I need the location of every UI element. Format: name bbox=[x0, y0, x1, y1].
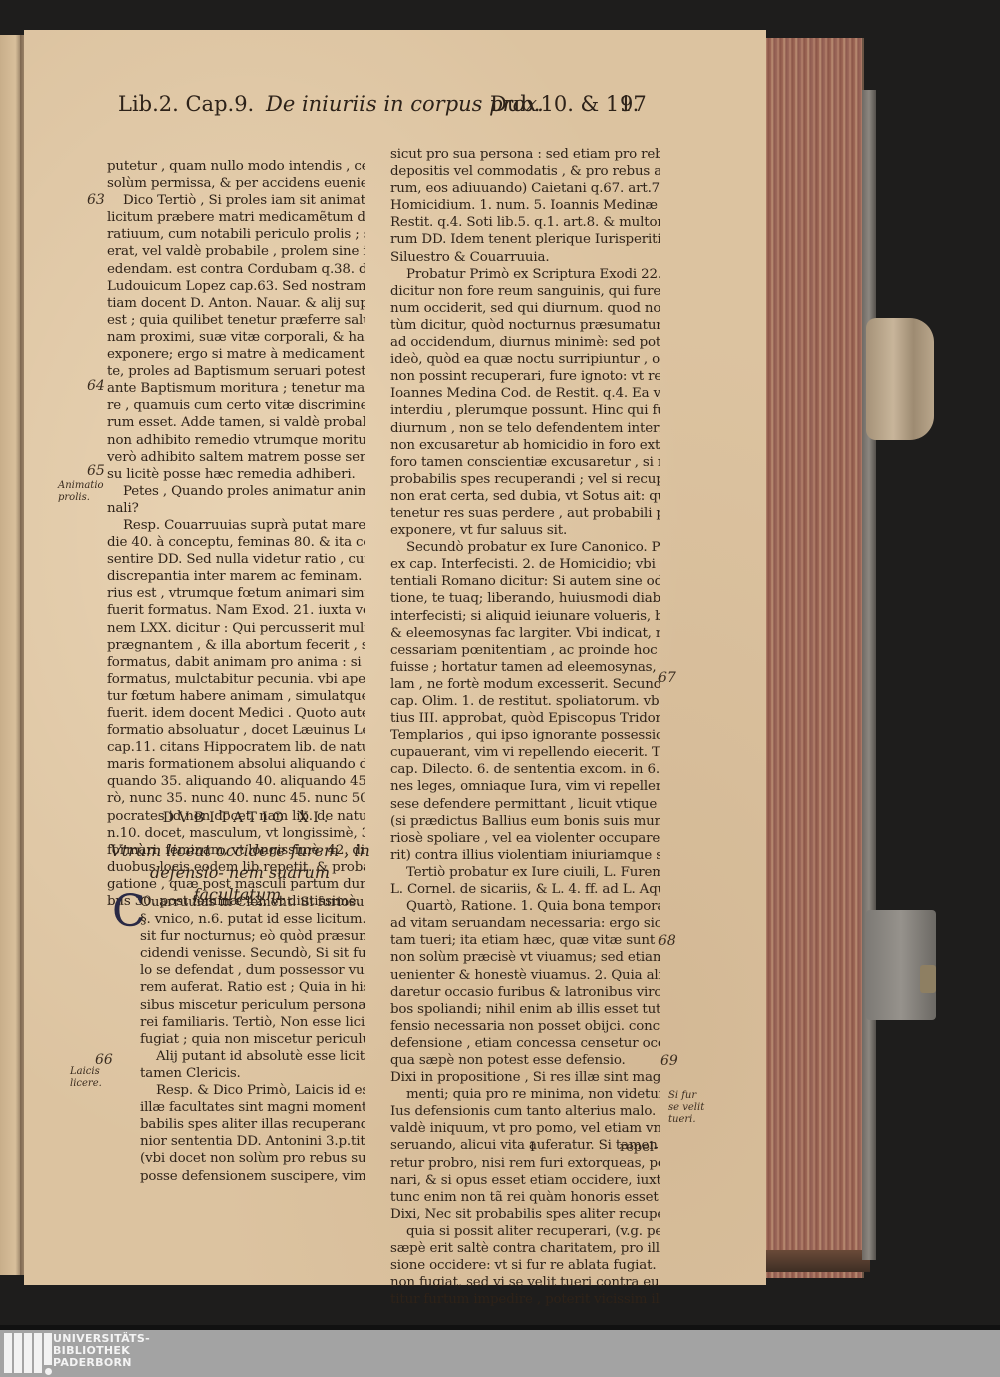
text-line: putetur , quam nullo modo intendis , cen… bbox=[107, 158, 365, 175]
text-line: tunc enim non tã rei quàm honoris esset … bbox=[390, 1189, 660, 1206]
text-line: Homicidium. 1. num. 5. Ioannis Medinæ Co… bbox=[390, 197, 660, 214]
text-line: depositis vel commodatis , & pro rebus a… bbox=[390, 163, 660, 180]
text-line: posse defensionem suscipere, vim vi repe… bbox=[140, 1168, 365, 1185]
text-line: ideò, quòd ea quæ noctu surripiuntur , o… bbox=[390, 351, 660, 368]
library-footer: UNIVERSITÄTS- BIBLIOTHEK PADERBORN bbox=[0, 1325, 1000, 1377]
text-line: daretur occasio furibus & latronibus vir… bbox=[390, 984, 660, 1001]
text-line: erat, vel valdè probabile , prolem sine … bbox=[107, 243, 365, 260]
text-line: Dixi, Nec sit probabilis spes aliter rec… bbox=[390, 1206, 660, 1223]
margin-number-69: 69 bbox=[660, 1053, 678, 1069]
text-line: Secundò probatur ex Iure Canonico. Primò… bbox=[390, 539, 660, 556]
catchword: repel- bbox=[620, 1140, 658, 1155]
text-line: tiam docent D. Anton. Nauar. & alij supr… bbox=[107, 295, 365, 312]
text-line: ex cap. Interfecisti. 2. de Homicidio; v… bbox=[390, 556, 660, 573]
text-line: cap.11. citans Hippocratem lib. de natur… bbox=[107, 739, 365, 756]
signature-mark: I bbox=[530, 1140, 535, 1155]
text-line: fuerit. idem docent Medici . Quoto autem… bbox=[107, 705, 365, 722]
text-line: sione occidere: vt si fur re ablata fugi… bbox=[390, 1257, 660, 1274]
text-line: sese defendere permittant , licuit vtiqu… bbox=[390, 796, 660, 813]
text-line: lam , ne fortè modum excesserit. Secundò… bbox=[390, 676, 660, 693]
text-line: Dixi in propositione , Si res illæ sint … bbox=[390, 1069, 660, 1086]
text-line: Quartò, Ratione. 1. Quia bona temporalia… bbox=[390, 898, 660, 915]
text-line: sibus miscetur periculum personæ cum per… bbox=[140, 997, 365, 1014]
margin-number-68: 68 bbox=[658, 933, 676, 949]
text-line: §. vnico, n.6. putat id esse licitum. Pr… bbox=[140, 911, 365, 928]
text-line: titur furtum impedire , poterit vicissim… bbox=[390, 1291, 660, 1308]
text-line: qua sæpè non potest esse defensio. bbox=[390, 1052, 660, 1069]
text-line: formatus, mulctabitur pecunia. vbi apert… bbox=[107, 671, 365, 688]
page-number: 97 bbox=[620, 92, 647, 116]
text-line: Probatur Primò ex Scriptura Exodi 22. vb… bbox=[390, 266, 660, 283]
text-line: rit) contra illius violentiam iniuriamqu… bbox=[390, 847, 660, 864]
cover-edge bbox=[862, 90, 876, 1260]
text-line: cessariam pœnitentiam , ac proinde hoc l… bbox=[390, 642, 660, 659]
text-line: interdiu , plerumque possunt. Hinc qui f… bbox=[390, 402, 660, 419]
text-line: Resp. Couarruuias suprà putat mares anim… bbox=[107, 517, 365, 534]
text-line: foro tamen conscientiæ excusaretur , si … bbox=[390, 454, 660, 471]
text-line: tius III. approbat, quòd Episcopus Trido… bbox=[390, 710, 660, 727]
text-line: sit fur nocturnus; eò quòd præsumatur an… bbox=[140, 928, 365, 945]
text-line: cupauerant, vim vi repellendo eiecerit. … bbox=[390, 744, 660, 761]
book-scan: Lib.2. Cap.9. De iniuriis in corpus prox… bbox=[0, 0, 1000, 1325]
text-line: Dico Tertiò , Si proles iam sit animata … bbox=[107, 192, 365, 209]
text-line: solùm permissa, & per accidens eueniens. bbox=[107, 175, 365, 192]
text-line: (vbi docet non solùm pro rebus suis quem… bbox=[140, 1150, 365, 1167]
text-line: rem auferat. Ratio est ; Quia in his duo… bbox=[140, 979, 365, 996]
text-line: quia si possit aliter recuperari, (v.g. … bbox=[390, 1223, 660, 1240]
text-line: est ; quia quilibet tenetur præferre sal… bbox=[107, 312, 365, 329]
text-line: non solùm præcisè vt viuamus; sed etiam … bbox=[390, 949, 660, 966]
text-line: num occiderit, sed qui diurnum. quod non… bbox=[390, 300, 660, 317]
text-line: Ius defensionis cum tanto alterius malo.… bbox=[390, 1103, 660, 1120]
text-line: Siluestro & Couarruuia. bbox=[390, 249, 660, 266]
text-line: interfecisti; si aliquid ieiunare voluer… bbox=[390, 608, 660, 625]
text-line: maris formationem absolui aliquando die … bbox=[107, 756, 365, 773]
text-line: fuisse ; hortatur tamen ad eleemosynas, … bbox=[390, 659, 660, 676]
text-line: bos spoliandi; nihil enim ab illis esset… bbox=[390, 1001, 660, 1018]
margin-number-67: 67 bbox=[658, 670, 676, 686]
text-line: lo se defendat , dum possessor vult impe… bbox=[140, 962, 365, 979]
margin-note-69: Si fur se velit tueri. bbox=[668, 1090, 708, 1126]
text-line: rò, nunc 35. nunc 40. nunc 45. nunc 50. … bbox=[107, 790, 365, 807]
margin-number-65: 65 bbox=[87, 463, 105, 479]
margin-number-63: 63 bbox=[87, 192, 105, 208]
text-line: tùm dicitur, quòd nocturnus præsumatur v… bbox=[390, 317, 660, 334]
text-line: non fugiat, sed vi se velit tueri contra… bbox=[390, 1274, 660, 1291]
clasp-pin bbox=[920, 965, 936, 993]
text-line: discrepantia inter marem ac feminam. Ita… bbox=[107, 568, 365, 585]
text-line: babilis spes aliter illas recuperandi. e… bbox=[140, 1116, 365, 1133]
text-line: formatus, dabit animam pro anima : si no… bbox=[107, 654, 365, 671]
text-line: exponere; ergo si matre à medicamento ab… bbox=[107, 346, 365, 363]
text-line: sentire DD. Sed nulla videtur ratio , cu… bbox=[107, 551, 365, 568]
text-line: nali? bbox=[107, 500, 365, 517]
left-column: putetur , quam nullo modo intendis , cen… bbox=[107, 158, 365, 910]
text-line: prægnantem , & illa abortum fecerit , si… bbox=[107, 637, 365, 654]
text-line: nari, & si opus esset etiam occidere, iu… bbox=[390, 1172, 660, 1189]
text-line: probabilis spes recuperandi ; vel si rec… bbox=[390, 471, 660, 488]
text-line: exponere, vt fur saluus sit. bbox=[390, 522, 660, 539]
text-line: diurnum , non se telo defendentem interf… bbox=[390, 420, 660, 437]
text-line: te, proles ad Baptismum seruari potest ,… bbox=[107, 363, 365, 380]
text-line: tenetur res suas perdere , aut probabili… bbox=[390, 505, 660, 522]
logo-line-3: PADERBORN bbox=[53, 1357, 150, 1369]
text-line: edendam. est contra Cordubam q.38. dub.2… bbox=[107, 261, 365, 278]
text-line: ante Baptismum moritura ; tenetur mater … bbox=[107, 380, 365, 397]
text-line: tentiali Romano dicitur: Si autem sine o… bbox=[390, 573, 660, 590]
text-line: rum esset. Adde tamen, si valdè probabil… bbox=[107, 414, 365, 431]
right-column: sicut pro sua persona : sed etiam pro re… bbox=[390, 146, 660, 1308]
dubitatio-ref: Dub.10. & 11. bbox=[490, 92, 639, 116]
text-line: (si prædictus Ballius eum bonis suis mun… bbox=[390, 813, 660, 830]
text-line: tam tueri; ita etiam hæc, quæ vitæ sunt … bbox=[390, 932, 660, 949]
text-line: rei familiaris. Tertiò, Non esse licitum… bbox=[140, 1014, 365, 1031]
text-line: uenienter & honestè viuamus. 2. Quia ali… bbox=[390, 967, 660, 984]
book-chapter: Lib.2. Cap.9. bbox=[118, 92, 254, 116]
text-line: fuerit formatus. Nam Exod. 21. iuxta ver… bbox=[107, 602, 365, 619]
text-line: L. Cornel. de sicariis, & L. 4. ff. ad L… bbox=[390, 881, 660, 898]
text-line: cap. Olim. 1. de restitut. spoliatorum. … bbox=[390, 693, 660, 710]
text-line: valdè iniquum, vt pro pomo, vel etiam vn… bbox=[390, 1120, 660, 1137]
text-line: die 40. à conceptu, feminas 80. & ita co… bbox=[107, 534, 365, 551]
left-page-edge bbox=[0, 35, 22, 1275]
text-line: Templarios , qui ipso ignorante possessi… bbox=[390, 727, 660, 744]
text-line: licitum præbere matri medicamẽtum direct… bbox=[107, 209, 365, 226]
text-line: quando 35. aliquando 40. aliquando 45. f… bbox=[107, 773, 365, 790]
margin-number-64: 64 bbox=[87, 378, 105, 394]
text-line: fensio necessaria non posset obijci. con… bbox=[390, 1018, 660, 1035]
margin-note-66: Laicis licere. bbox=[70, 1066, 110, 1090]
text-line: Alij putant id absolutè esse licitum lai… bbox=[140, 1048, 365, 1065]
text-line: re , quamuis cum certo vitæ discrimine i… bbox=[107, 397, 365, 414]
text-line: sicut pro sua persona : sed etiam pro re… bbox=[390, 146, 660, 163]
text-line: Resp. & Dico Primò, Laicis id esse licit… bbox=[140, 1082, 365, 1099]
text-line: rum, eos adiuuando) Caietani q.67. art.7… bbox=[390, 180, 660, 197]
text-line: rum DD. Idem tenent plerique Iurisperiti… bbox=[390, 231, 660, 248]
text-line: Ioannes Medina Cod. de Restit. q.4. Ea v… bbox=[390, 385, 660, 402]
margin-note-65: Animatio prolis. bbox=[58, 480, 106, 504]
text-line: cap. Dilecto. 6. de sententia excom. in … bbox=[390, 761, 660, 778]
text-line: ratiuum, cum notabili periculo prolis ; … bbox=[107, 226, 365, 243]
text-line: non erat certa, sed dubia, vt Sotus ait:… bbox=[390, 488, 660, 505]
clasp-bottom-icon bbox=[866, 910, 936, 1020]
text-line: riosè spoliare , vel ea violenter occupa… bbox=[390, 830, 660, 847]
text-line: tamen Clericis. bbox=[140, 1065, 365, 1082]
text-line: sæpè erit saltè contra charitatem, pro i… bbox=[390, 1240, 660, 1257]
text-line: Tertiò probatur ex Iure ciuili, L. Furem… bbox=[390, 864, 660, 881]
text-line: tione, te tuaq; liberando, huiusmodi dia… bbox=[390, 590, 660, 607]
text-line: ad occidendum, diurnus minimè: sed potis… bbox=[390, 334, 660, 351]
text-line: Ouarruuias in Clement. Si furiosus , p. … bbox=[140, 894, 365, 911]
text-line: cidendi venisse. Secundò, Si sit fur diu… bbox=[140, 945, 365, 962]
text-line: non possint recuperari, fure ignoto: vt … bbox=[390, 368, 660, 385]
text-line: menti; quia pro re minima, non videtur c… bbox=[390, 1086, 660, 1103]
text-line: verò adhibito saltem matrem posse seruar… bbox=[107, 449, 365, 466]
text-line: nior sententia DD. Antonini 3.p.tit.4. c… bbox=[140, 1133, 365, 1150]
text-line: nem LXX. dicitur : Qui percusserit mulie… bbox=[107, 620, 365, 637]
text-line: Restit. q.4. Soti lib.5. q.1. art.8. & m… bbox=[390, 214, 660, 231]
text-line: Petes , Quando proles animatur anima rat… bbox=[107, 483, 365, 500]
text-line: formatio absoluatur , docet Læuinus Lemn… bbox=[107, 722, 365, 739]
text-line: dicitur non fore reum sanguinis, qui fur… bbox=[390, 283, 660, 300]
library-logo-text: UNIVERSITÄTS- BIBLIOTHEK PADERBORN bbox=[53, 1333, 150, 1369]
text-line: retur probro, nisi rem furi extorqueas, … bbox=[390, 1155, 660, 1172]
text-line: nam proximi, suæ vitæ corporali, & hanc … bbox=[107, 329, 365, 346]
text-line: non adhibito remedio vtrumque moriturum … bbox=[107, 432, 365, 449]
text-line: defensione , etiam concessa censetur occ… bbox=[390, 1035, 660, 1052]
text-line: illæ facultates sint magni momenti ; nec… bbox=[140, 1099, 365, 1116]
text-line: tur fœtum habere animam , simulatque for… bbox=[107, 688, 365, 705]
text-line: Ludouicum Lopez cap.63. Sed nostram sent… bbox=[107, 278, 365, 295]
text-line: & eleemosynas fac largiter. Vbi indicat,… bbox=[390, 625, 660, 642]
text-line: non excusaretur ab homicidio in foro ext… bbox=[390, 437, 660, 454]
text-line: fugiat ; quia non miscetur periculum per… bbox=[140, 1031, 365, 1048]
fore-edge bbox=[762, 38, 864, 1278]
section-heading: DVBITATIO XI. bbox=[148, 810, 348, 826]
running-head: Lib.2. Cap.9. De iniuriis in corpus prox… bbox=[118, 92, 658, 122]
text-line: ad vitam seruandam necessaria: ergo sicu… bbox=[390, 915, 660, 932]
text-line: rius est , vtrumque fœtum animari simul … bbox=[107, 585, 365, 602]
left-column-section: Ouarruuias in Clement. Si furiosus , p. … bbox=[140, 894, 365, 1185]
text-line: nes leges, omniaque Iura, vim vi repelle… bbox=[390, 778, 660, 795]
text-line: su licitè posse hæc remedia adhiberi. bbox=[107, 466, 365, 483]
clasp-top-icon bbox=[866, 318, 934, 440]
footer-divider bbox=[0, 1325, 1000, 1330]
